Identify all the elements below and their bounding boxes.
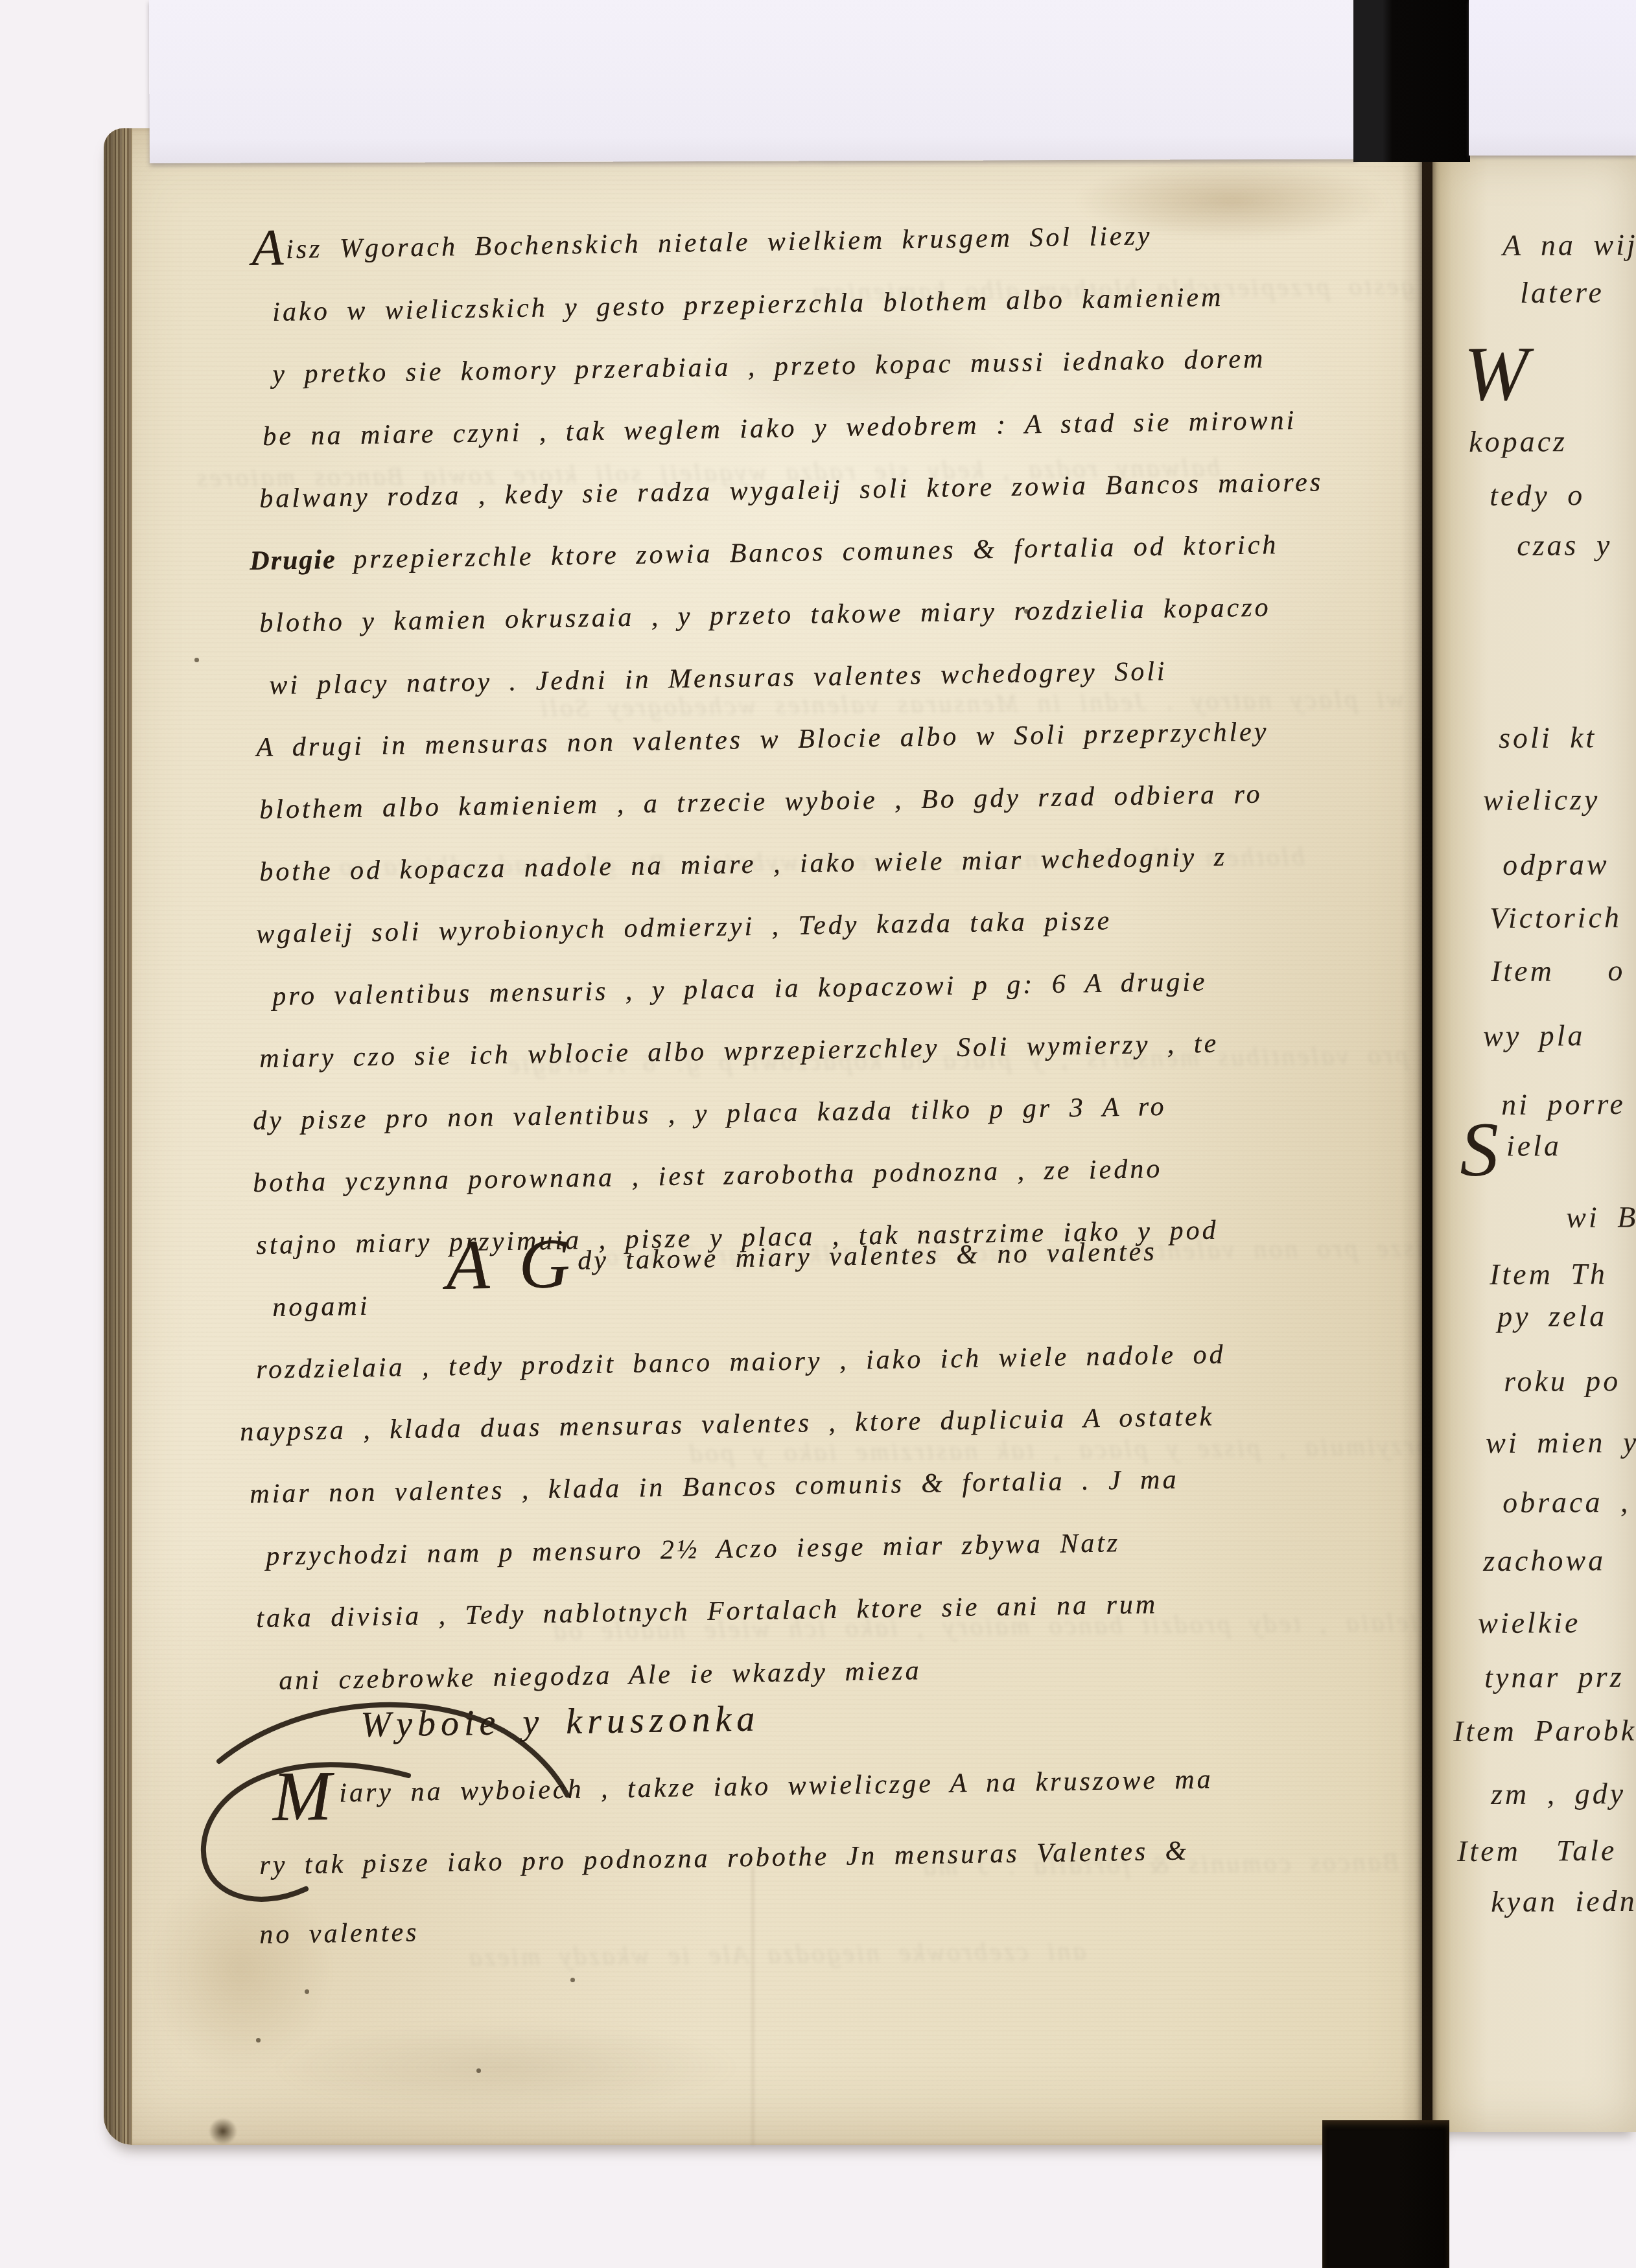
page-edge-stack	[104, 128, 132, 2145]
calligraphic-initial: Drugie	[250, 544, 336, 577]
white-backing-sheet-top-right	[1469, 0, 1636, 156]
line-text: A na wij	[1502, 228, 1636, 262]
line-text: nogami	[272, 1291, 370, 1323]
facing-page-line: wi mien y	[1486, 1425, 1636, 1460]
calligraphic-initial: A G	[446, 1264, 572, 1266]
facing-page-line: kyan iedna	[1491, 1884, 1636, 1919]
facing-page-line: py zela	[1497, 1299, 1607, 1334]
facing-page-line: wielkie	[1478, 1605, 1581, 1640]
line-text: Item Parobk	[1453, 1714, 1636, 1748]
facing-page-line: tynar prz	[1484, 1660, 1624, 1695]
paper-speck	[476, 2068, 481, 2073]
line-text: wielkie	[1478, 1606, 1581, 1639]
facing-page-line: odpraw	[1502, 847, 1609, 882]
paper-speck	[570, 1978, 575, 1982]
line-text: wy pla	[1483, 1019, 1585, 1052]
line-text: wieliczy	[1483, 783, 1600, 816]
line-text: roku po	[1504, 1364, 1620, 1398]
manuscript-line: nogami	[272, 1291, 370, 1323]
paper-speck	[305, 1989, 309, 1994]
paper-speck	[256, 2038, 261, 2042]
facing-page-line: Item o	[1491, 953, 1626, 988]
line-text: wi mien y	[1486, 1426, 1636, 1459]
line-text: Victorich	[1490, 901, 1622, 934]
line-text: kopacz	[1469, 424, 1567, 458]
facing-page-line: wieliczy	[1483, 782, 1600, 817]
ink-blot	[209, 2118, 237, 2145]
facing-page-line: ni porre	[1501, 1087, 1626, 1122]
white-backing-sheet-top	[149, 0, 1357, 163]
line-text: zm , gdy	[1491, 1777, 1626, 1811]
facing-page-line: latere	[1520, 275, 1604, 310]
line-text: Item o	[1491, 954, 1626, 988]
facing-page-line: Siela	[1460, 1128, 1561, 1163]
line-text: zachowa	[1483, 1544, 1606, 1577]
facing-page-line: A na wij	[1502, 227, 1636, 262]
ghost-line: ani czebrowke niegodza Ale ie wkazdy mie…	[467, 1936, 1086, 1973]
book-gutter-gap	[1422, 154, 1432, 2132]
line-text: soli kt	[1499, 721, 1596, 754]
book-cover-edge-bottom	[1322, 2120, 1449, 2268]
line-text: ni porre	[1501, 1087, 1626, 1121]
paper-speck	[194, 658, 199, 662]
line-text: Item Th	[1490, 1257, 1607, 1291]
line-text: Item Tale	[1457, 1834, 1617, 1868]
facing-page-line: soli kt	[1499, 720, 1596, 755]
line-text: obraca ,	[1502, 1485, 1631, 1519]
facing-page-line: wi B	[1566, 1199, 1636, 1234]
line-text: tynar prz	[1484, 1660, 1624, 1694]
facing-page-line: Victorich	[1490, 900, 1622, 935]
facing-page-line: obraca ,	[1502, 1485, 1631, 1520]
line-text: ani czebrowke niegodza Ale ie wkazdy mie…	[467, 1936, 1086, 1972]
facing-page-line: tedy o	[1490, 478, 1585, 513]
facing-page-line: zm , gdy	[1491, 1776, 1626, 1811]
book-cover-edge-top	[1353, 0, 1470, 162]
line-text: czas y	[1517, 528, 1612, 562]
facing-page-line: zachowa	[1483, 1543, 1606, 1578]
line-text: iela	[1506, 1129, 1561, 1162]
line-text: wi B	[1566, 1200, 1636, 1234]
calligraphic-initial: W	[1464, 373, 1531, 374]
facing-page-line: Item Tale	[1457, 1833, 1617, 1868]
line-text: odpraw	[1502, 848, 1609, 881]
facing-page-line: kopacz	[1469, 424, 1567, 459]
stain	[272, 2022, 739, 2112]
flourish-swash-initial-m	[194, 1750, 441, 1925]
line-text: kyan iedna	[1491, 1884, 1636, 1918]
facing-page-line: czas y	[1517, 527, 1612, 562]
facing-page-line: Item Th	[1490, 1256, 1607, 1291]
facing-page-line: wy pla	[1483, 1018, 1585, 1053]
calligraphic-initial: A	[251, 248, 286, 248]
scanned-manuscript-spread: iako w wieliczskich y gesto przepierzchl…	[0, 0, 1636, 2268]
line-text: latere	[1520, 275, 1604, 309]
facing-page-line: Item Parobk	[1453, 1713, 1636, 1748]
paper-crease	[752, 1866, 754, 2145]
line-text: tedy o	[1490, 478, 1585, 512]
facing-page-line: W	[1464, 353, 1536, 388]
facing-page-line: roku po	[1504, 1363, 1620, 1398]
line-text: py zela	[1497, 1299, 1607, 1333]
